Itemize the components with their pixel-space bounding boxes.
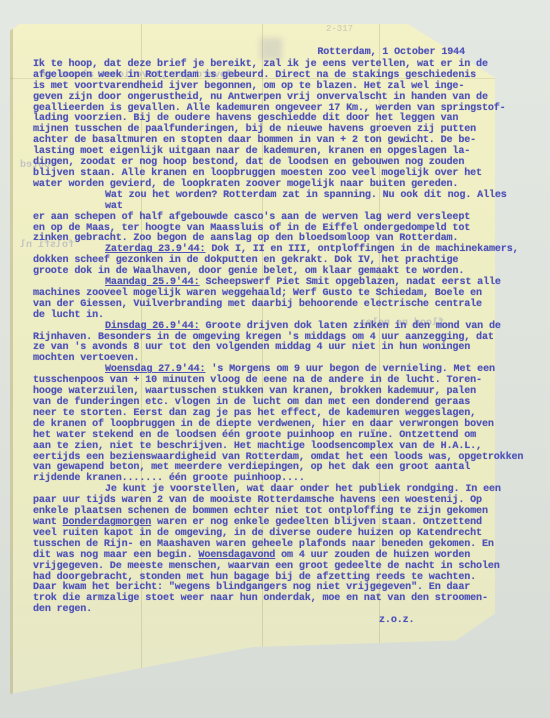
paragraph: Woensdag 27.9'44: 's Morgens om 9 uur be… xyxy=(33,365,525,485)
paragraph: Ik te hoop, dat deze brief je bereikt, z… xyxy=(33,60,525,191)
paper-edge-shadow xyxy=(10,24,13,694)
text-line: het water stekend en de loodsen één groo… xyxy=(33,431,525,442)
text-line: den regen. xyxy=(33,605,525,616)
date-heading: Dinsdag 26.9'44: xyxy=(105,321,200,332)
dateline: Rotterdam, 1 October 1944 xyxy=(33,48,525,59)
paragraph: Je kunt je voorstellen, wat daar onder h… xyxy=(33,485,525,616)
text-line: is met voortvarendheid ijver begonnen, o… xyxy=(33,82,525,93)
date-heading: Maandag 25.9'44: xyxy=(105,277,200,288)
text-line: dit was nog maar een begin. Woensdagavon… xyxy=(33,551,525,562)
text-line: aan te zien, niet te beschrijven. Het ma… xyxy=(33,442,525,453)
paragraph: Zaterdag 23.9'44: Dok I, II en III, ontp… xyxy=(33,245,525,278)
text-line: vrijgegeven. De meeste menschen, waarvan… xyxy=(33,562,525,573)
date-heading: Zaterdag 23.9'44: xyxy=(105,244,205,255)
date-heading: Donderdagmorgen xyxy=(63,517,152,528)
paragraph: Wat zou het worden? Rotterdam zat in spa… xyxy=(33,191,525,246)
date-heading: Woensdagavond xyxy=(198,550,275,561)
text-line: Wat zou het worden? Rotterdam zat in spa… xyxy=(33,191,525,213)
text-line: trok die armzalige stoet weer naar hun o… xyxy=(33,594,525,605)
paragraph: Maandag 25.9'44: Scheepswerf Piet Smit o… xyxy=(33,278,525,322)
text-line: geven zijn door ongerustheid, nu Antwerp… xyxy=(33,93,525,104)
pencil-mark: 2-317 xyxy=(326,24,353,34)
letter-body: Rotterdam, 1 October 1944 Ik te hoop, da… xyxy=(33,48,525,627)
signature: z.o.z. xyxy=(33,616,525,627)
text-line: van der Giessen, Vuilverbranding met daa… xyxy=(33,300,525,311)
date-heading: Woensdag 27.9'44: xyxy=(105,364,205,375)
text-line: Dinsdag 26.9'44: Groote drijven dok late… xyxy=(33,322,525,333)
text-line: er aan schepen of half afgebouwde casco'… xyxy=(33,213,525,224)
letter-paragraphs: Ik te hoop, dat deze brief je bereikt, z… xyxy=(33,60,525,616)
paragraph: Dinsdag 26.9'44: Groote drijven dok late… xyxy=(33,322,525,366)
